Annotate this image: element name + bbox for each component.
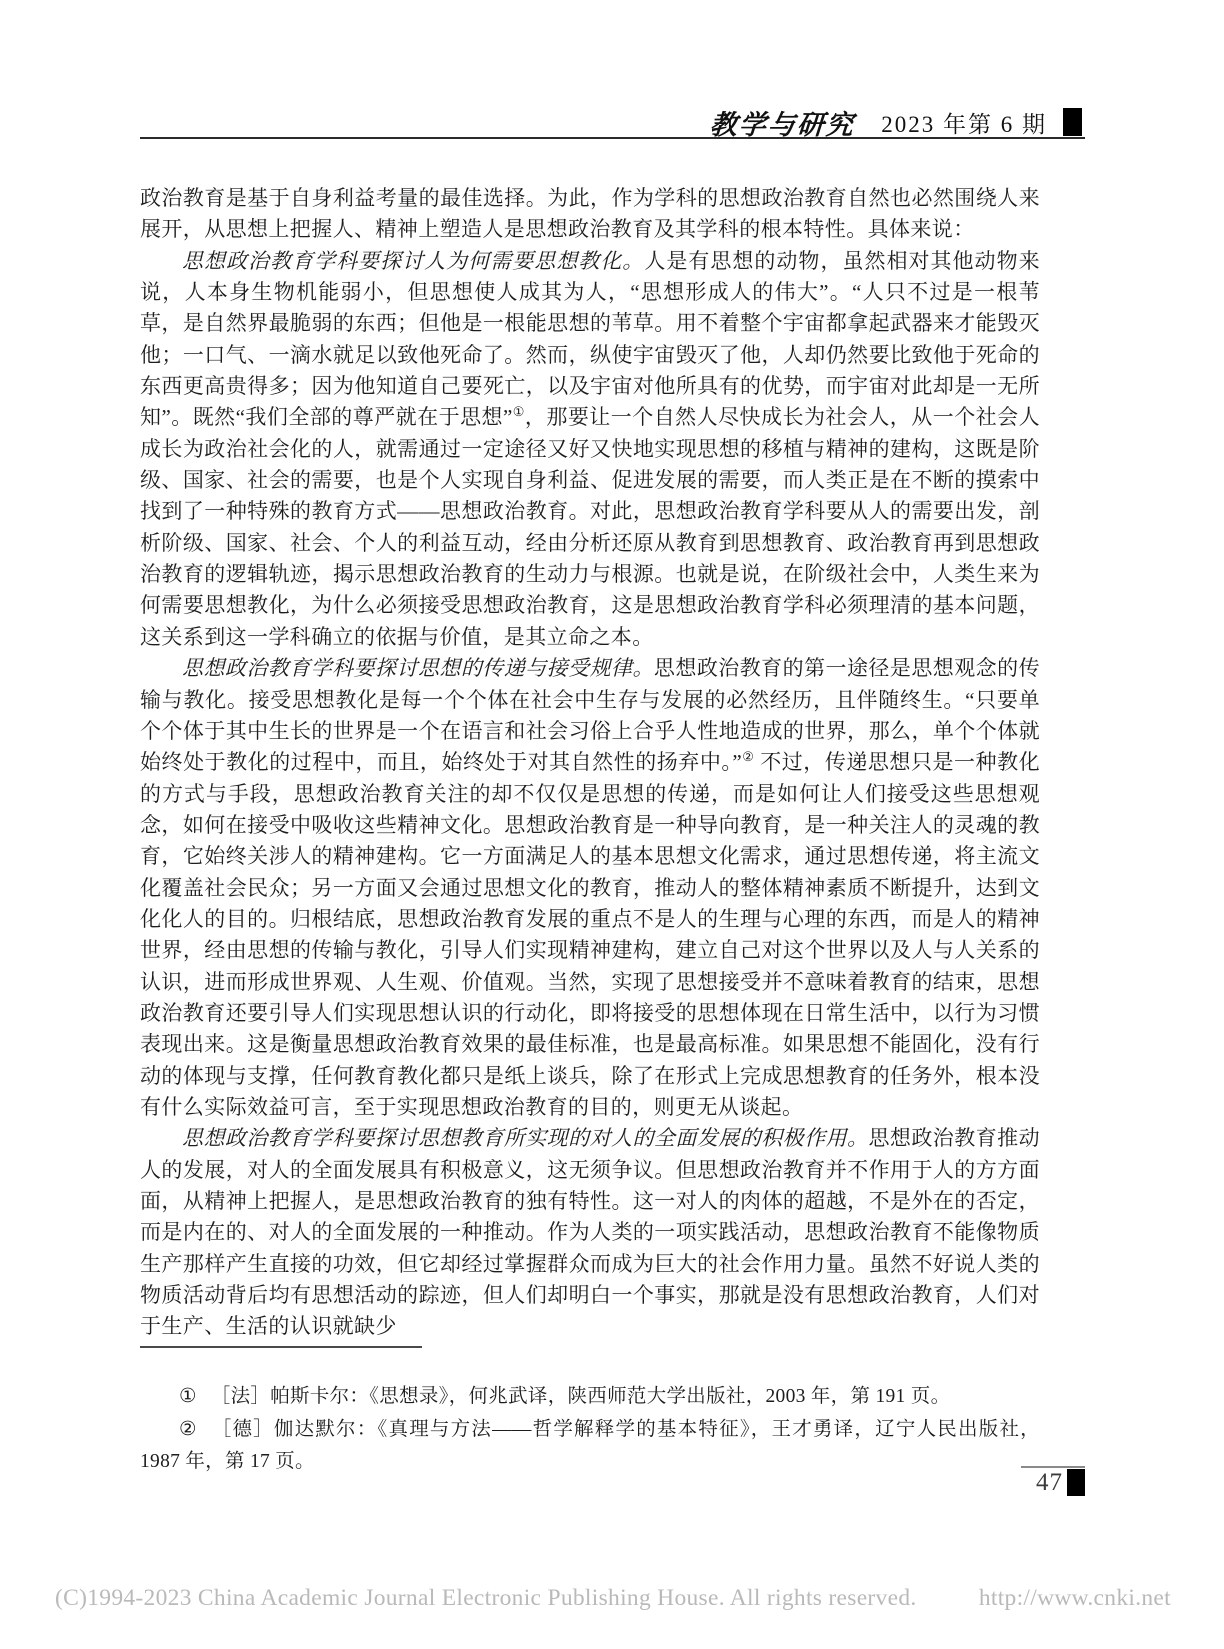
footnotes-block: ①［法］帕斯卡尔：《思想录》，何兆武译，陕西师范大学出版社，2003 年，第 1… <box>140 1381 1040 1479</box>
paragraph-lead: 思想政治教育学科要探讨思想的传递与接受规律。 <box>182 656 654 680</box>
footnote-divider <box>140 1346 422 1348</box>
page-number-square-icon <box>1067 1469 1085 1496</box>
footnote-ref-2: ② <box>742 749 754 764</box>
paragraph-text: 不过，传递思想只是一种教化的方式与手段，思想政治教育关注的却不仅仅是思想的传递，… <box>140 750 1040 1119</box>
paragraph-lead: 思想政治教育学科要探讨人为何需要思想教化。 <box>182 249 644 273</box>
page-number-block: 47 <box>1021 1466 1085 1497</box>
footnote-2-text: ［德］伽达默尔：《真理与方法——哲学解释学的基本特征》，王才勇译，辽宁人民出版社… <box>140 1419 1040 1473</box>
article-body: 政治教育是基于自身利益考量的最佳选择。为此，作为学科的思想政治教育自然也必然围绕… <box>140 183 1040 1343</box>
footnote-1: ①［法］帕斯卡尔：《思想录》，何兆武译，陕西师范大学出版社，2003 年，第 1… <box>140 1381 1040 1414</box>
footnote-ref-1: ① <box>513 404 525 419</box>
paragraph-lead: 思想政治教育学科要探讨思想教育所实现的对人的全面发展的积极作用。 <box>182 1126 868 1150</box>
body-paragraph-4: 思想政治教育学科要探讨思想教育所实现的对人的全面发展的积极作用。思想政治教育推动… <box>140 1123 1040 1342</box>
paragraph-text: ，那要让一个自然人尽快成长为社会人，从一个社会人成长为政治社会化的人，就需通过一… <box>140 405 1040 648</box>
footer-copyright: (C)1994-2023 China Academic Journal Elec… <box>55 1585 917 1612</box>
journal-page: 教学与研究 2023 年第 6 期 政治教育是基于自身利益考量的最佳选择。为此，… <box>0 0 1224 1649</box>
journal-issue: 2023 年第 6 期 <box>881 106 1047 139</box>
footer-watermark: (C)1994-2023 China Academic Journal Elec… <box>55 1585 1171 1612</box>
header-square-icon <box>1063 108 1082 136</box>
footer-url: http://www.cnki.net <box>979 1585 1171 1612</box>
paragraph-text: 人是有思想的动物，虽然相对其他动物来说，人本身生物机能弱小，但思想使人成其为人，… <box>140 249 1040 430</box>
body-paragraph-3: 思想政治教育学科要探讨思想的传递与接受规律。思想政治教育的第一途径是思想观念的传… <box>140 653 1040 1123</box>
footnote-2: ②［德］伽达默尔：《真理与方法——哲学解释学的基本特征》，王才勇译，辽宁人民出版… <box>140 1414 1040 1479</box>
footnote-1-text: ［法］帕斯卡尔：《思想录》，何兆武译，陕西师范大学出版社，2003 年，第 19… <box>211 1386 951 1407</box>
page-number: 47 <box>1036 1468 1063 1497</box>
body-paragraph-1: 政治教育是基于自身利益考量的最佳选择。为此，作为学科的思想政治教育自然也必然围绕… <box>140 183 1040 246</box>
body-paragraph-2: 思想政治教育学科要探讨人为何需要思想教化。人是有思想的动物，虽然相对其他动物来说… <box>140 246 1040 653</box>
header-rule <box>140 137 1085 139</box>
footnote-1-marker: ① <box>179 1386 197 1407</box>
footnote-2-marker: ② <box>179 1419 198 1440</box>
paragraph-text: 思想政治教育推动人的发展，对人的全面发展具有积极意义，这无须争议。但思想政治教育… <box>140 1126 1040 1338</box>
paragraph-text: 政治教育是基于自身利益考量的最佳选择。为此，作为学科的思想政治教育自然也必然围绕… <box>140 186 1040 241</box>
